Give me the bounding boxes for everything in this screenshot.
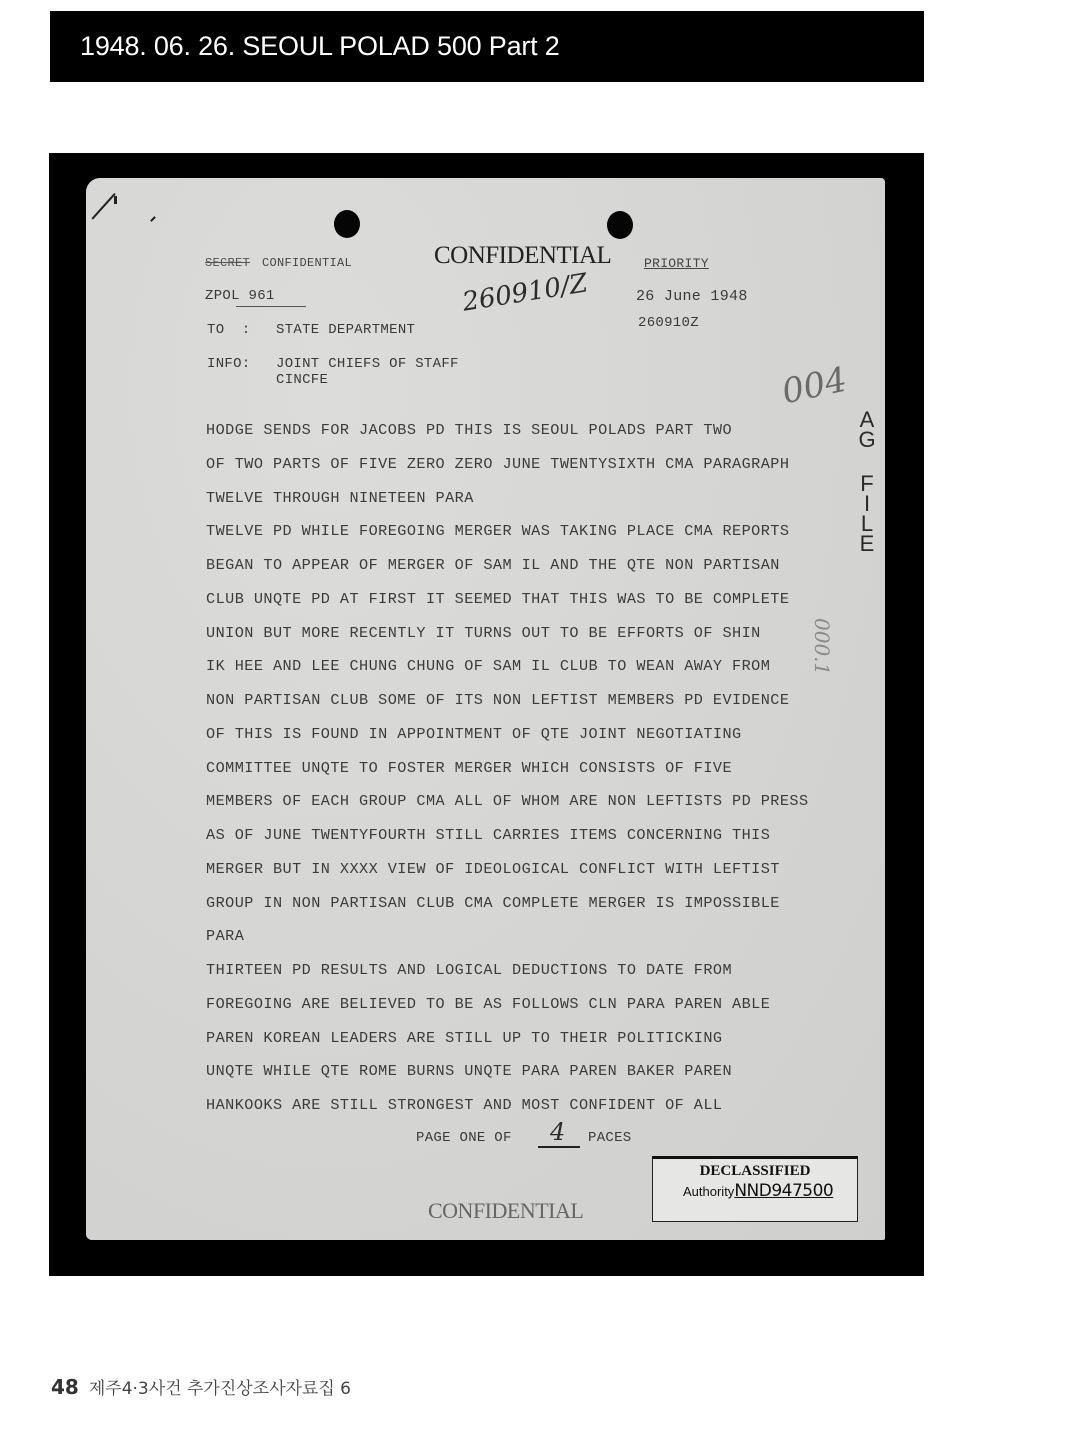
page-title-bar: 1948. 06. 26. SEOUL POLAD 500 Part 2 bbox=[50, 11, 924, 82]
message-body-line: NON PARTISAN CLUB SOME OF ITS NON LEFTIS… bbox=[206, 691, 789, 709]
page-total-handwritten: 4 bbox=[550, 1118, 565, 1146]
message-body-line: UNQTE WHILE QTE ROME BURNS UNQTE PARA PA… bbox=[206, 1062, 732, 1080]
handwritten-note: 004 bbox=[779, 360, 851, 413]
message-body-line: OF TWO PARTS OF FIVE ZERO ZERO JUNE TWEN… bbox=[206, 455, 789, 473]
struck-classification: SECRET bbox=[205, 256, 250, 270]
authority-value: NND947500 bbox=[734, 1181, 833, 1201]
message-body-line: COMMITTEE UNQTE TO FOSTER MERGER WHICH C… bbox=[206, 759, 732, 777]
message-body-line: GROUP IN NON PARTISAN CLUB CMA COMPLETE … bbox=[206, 894, 780, 912]
page-indicator-prefix: PAGE ONE OF bbox=[416, 1130, 512, 1146]
page-total-underline bbox=[538, 1146, 580, 1148]
to-value: STATE DEPARTMENT bbox=[276, 322, 415, 338]
punch-hole bbox=[334, 210, 360, 238]
message-body-line: HODGE SENDS FOR JACOBS PD THIS IS SEOUL … bbox=[206, 421, 732, 439]
declassified-stamp: DECLASSIFIED AuthorityNND947500 bbox=[652, 1156, 858, 1222]
info-value: CINCFE bbox=[276, 372, 328, 388]
message-number: ZPOL 961 bbox=[205, 288, 275, 304]
precedence-label: PRIORITY bbox=[644, 256, 709, 271]
message-body-line: IK HEE AND LEE CHUNG CHUNG OF SAM IL CLU… bbox=[206, 657, 770, 675]
page-footer: 48 제주4·3사건 추가진상조사자료집 6 bbox=[51, 1374, 351, 1399]
confidential-stamp: CONFIDENTIAL bbox=[434, 242, 611, 270]
scanned-document-frame: SECRET CONFIDENTIAL CONFIDENTIAL PRIORIT… bbox=[49, 153, 924, 1276]
authority-label: Authority bbox=[683, 1184, 734, 1199]
book-title: 제주4·3사건 추가진상조사자료집 6 bbox=[89, 1374, 351, 1399]
message-number-underline bbox=[236, 306, 306, 307]
message-body-line: MERGER BUT IN XXXX VIEW OF IDEOLOGICAL C… bbox=[206, 860, 780, 878]
message-body-line: TWELVE THROUGH NINETEEN PARA bbox=[206, 489, 474, 507]
message-dtg: 260910Z bbox=[638, 315, 699, 331]
message-body-line: PAREN KOREAN LEADERS ARE STILL UP TO THE… bbox=[206, 1029, 722, 1047]
staple-mark bbox=[150, 216, 156, 222]
bottom-confidential-stamp: CONFIDENTIAL bbox=[428, 1198, 583, 1224]
message-body-line: TWELVE PD WHILE FOREGOING MERGER WAS TAK… bbox=[206, 522, 789, 540]
message-body-line: THIRTEEN PD RESULTS AND LOGICAL DEDUCTIO… bbox=[206, 961, 732, 979]
handwritten-dtg: 260910/Z bbox=[460, 268, 589, 317]
stamp-letter: G bbox=[856, 430, 878, 450]
message-body-line: AS OF JUNE TWENTYFOURTH STILL CARRIES IT… bbox=[206, 826, 770, 844]
message-body-line: BEGAN TO APPEAR OF MERGER OF SAM IL AND … bbox=[206, 556, 780, 574]
message-body-line: OF THIS IS FOUND IN APPOINTMENT OF QTE J… bbox=[206, 725, 742, 743]
staple-mark bbox=[114, 196, 117, 204]
message-body-line: MEMBERS OF EACH GROUP CMA ALL OF WHOM AR… bbox=[206, 792, 809, 810]
page-indicator-suffix: PACES bbox=[588, 1130, 632, 1146]
info-value: JOINT CHIEFS OF STAFF bbox=[276, 356, 459, 372]
page-number: 48 bbox=[51, 1375, 79, 1399]
message-body-line: UNION BUT MORE RECENTLY IT TURNS OUT TO … bbox=[206, 624, 761, 642]
punch-hole bbox=[607, 211, 633, 239]
declassified-authority: AuthorityNND947500 bbox=[683, 1181, 833, 1201]
message-body-line: PARA bbox=[206, 927, 244, 945]
telegram-page: SECRET CONFIDENTIAL CONFIDENTIAL PRIORIT… bbox=[86, 178, 885, 1240]
message-body-line: HANKOOKS ARE STILL STRONGEST AND MOST CO… bbox=[206, 1096, 722, 1114]
stamp-letter: E bbox=[856, 534, 878, 554]
message-body-line: CLUB UNQTE PD AT FIRST IT SEEMED THAT TH… bbox=[206, 590, 789, 608]
page-title: 1948. 06. 26. SEOUL POLAD 500 Part 2 bbox=[80, 31, 560, 62]
to-label: TO : bbox=[207, 322, 251, 338]
side-handwritten-file-number: 000.1 bbox=[810, 618, 834, 675]
classification-label: CONFIDENTIAL bbox=[262, 256, 352, 270]
message-body-line: FOREGOING ARE BELIEVED TO BE AS FOLLOWS … bbox=[206, 995, 770, 1013]
message-date: 26 June 1948 bbox=[636, 288, 748, 305]
ag-file-stamp: A G F I L E bbox=[856, 410, 878, 554]
info-label: INFO: bbox=[207, 356, 251, 372]
staple-mark bbox=[91, 193, 115, 219]
declassified-heading: DECLASSIFIED bbox=[653, 1163, 857, 1180]
